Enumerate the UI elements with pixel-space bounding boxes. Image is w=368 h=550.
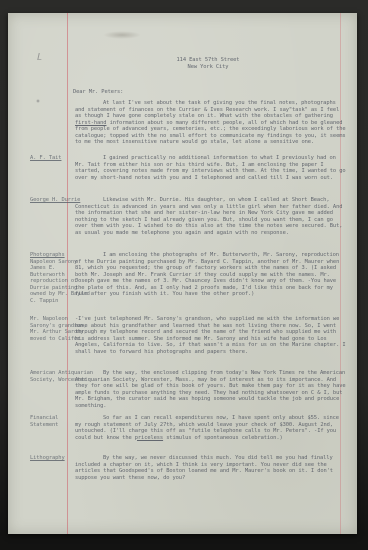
paragraph-durrie: Likewise with Mr. Durrie. His daughter, … bbox=[75, 197, 347, 236]
paragraph-lithography: By the way, we never discussed this much… bbox=[75, 455, 347, 481]
financial-text-2: stimulus of spontaneous celebration.) bbox=[163, 435, 283, 441]
paragraph-sarony: -I've just telephoned Mr. Sarony's grand… bbox=[75, 316, 347, 355]
margin-line: C. Tappin bbox=[30, 298, 108, 305]
financial-underlined-priceless: priceless bbox=[135, 435, 163, 441]
paragraph-financial: So far as I can recall expenditures now,… bbox=[75, 415, 347, 441]
pencil-mark bbox=[36, 99, 40, 103]
paragraph-antiquarian: By the way, the enclosed clipping from t… bbox=[75, 370, 347, 409]
paragraph-photographs: I am enclosing the photographs of Mr. Bu… bbox=[75, 252, 347, 298]
address-line-2: New York City bbox=[128, 64, 288, 71]
intro-underlined-first-hand: first-hand bbox=[75, 120, 106, 126]
paragraph-intro: At last I've set about the task of givin… bbox=[75, 100, 347, 146]
sender-address: 114 East 57th Street New York City bbox=[128, 57, 288, 70]
photographed-letter-scene: 114 East 57th Street New York City Dear … bbox=[0, 0, 368, 550]
pencil-mark bbox=[37, 53, 42, 60]
paragraph-tait: I gained practically no additional infor… bbox=[75, 155, 347, 181]
intro-text-2: information about so many different peop… bbox=[75, 120, 346, 146]
paper-smudge bbox=[103, 31, 141, 39]
intro-text-1: At last I've set about the task of givin… bbox=[75, 100, 339, 119]
salutation: Dear Mr. Peters: bbox=[73, 89, 345, 96]
letter-page: 114 East 57th Street New York City Dear … bbox=[8, 13, 357, 534]
